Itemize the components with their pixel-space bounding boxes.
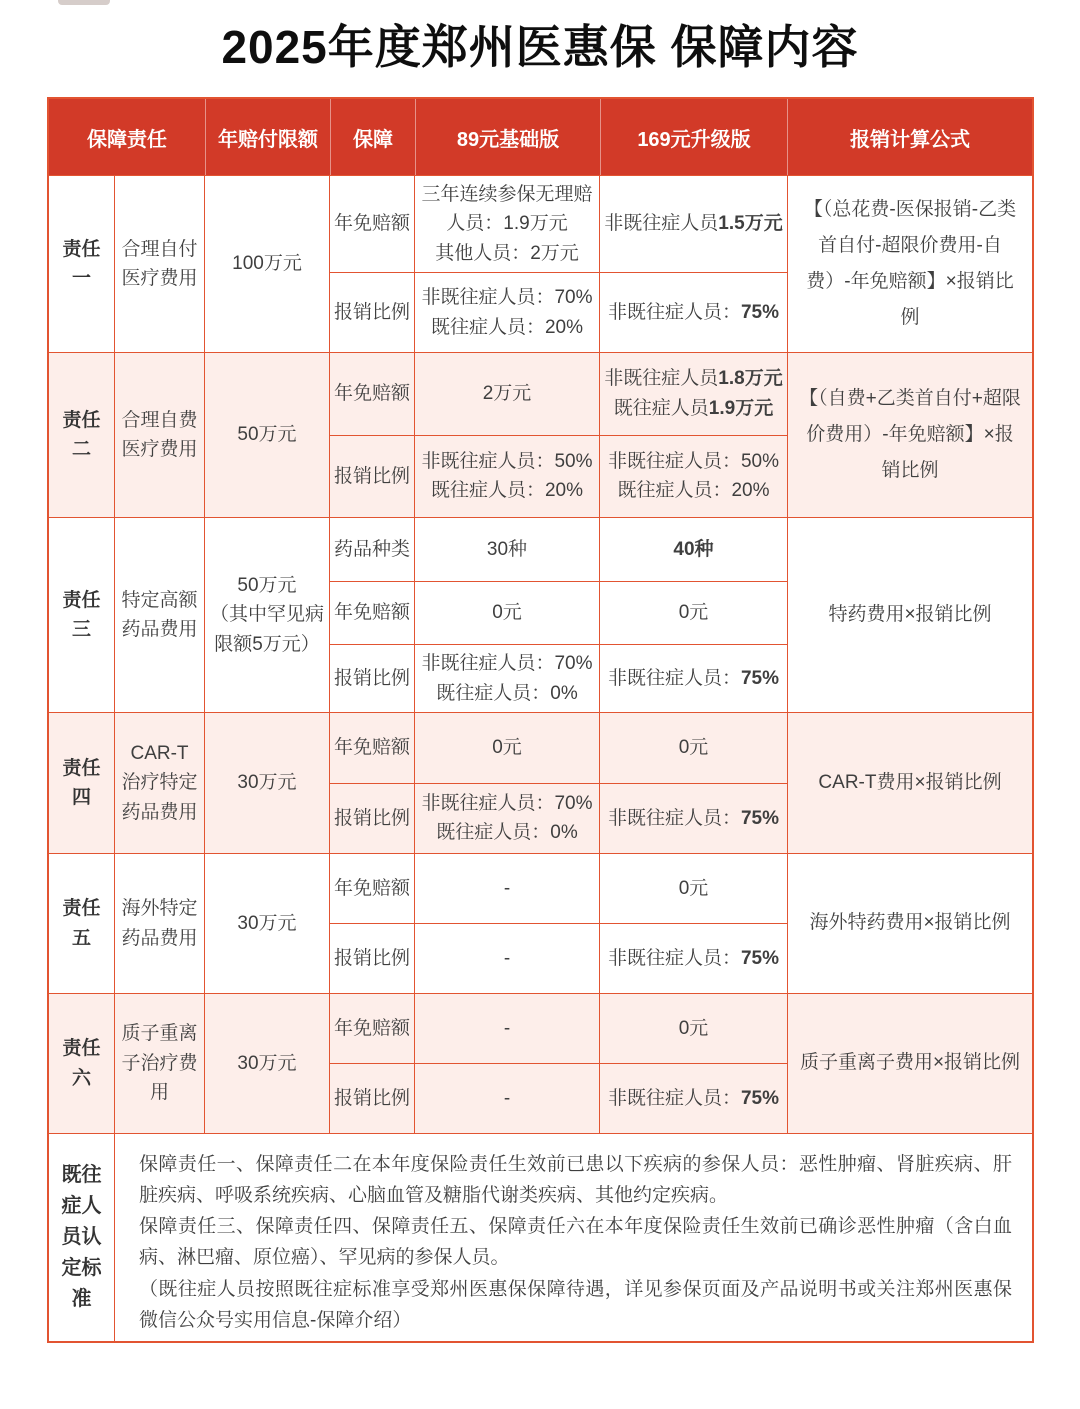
formula-cell: 海外特药费用×报销比例 xyxy=(788,854,1032,993)
responsibility-name-cell: 合理自付医疗费用 xyxy=(115,176,205,352)
coverage-subrow: 年免赔额-0元 xyxy=(330,854,788,923)
note-header-cell: 既往症人员认定标准 xyxy=(49,1134,115,1341)
responsibility-band: 责任四CAR-T治疗特定药品费用30万元年免赔额0元0元报销比例非既往症人员：7… xyxy=(49,712,1032,853)
column-header-annual-limit: 年赔付限额 xyxy=(206,99,331,175)
coverage-subrows: 年免赔额-0元报销比例-非既往症人员：75% xyxy=(330,854,788,993)
note-paragraph: （既往症人员按照既往症标准享受郑州医惠保保障待遇，详见参保页面及产品说明书或关注… xyxy=(139,1274,1012,1336)
coverage-type-cell: 报销比例 xyxy=(330,436,415,518)
coverage-subrow: 年免赔额0元0元 xyxy=(330,713,788,783)
upgraded-plan-cell: 非既往症人员：75% xyxy=(600,645,788,712)
coverage-subrow: 报销比例非既往症人员：70%既往症人员：0%非既往症人员：75% xyxy=(330,644,788,712)
coverage-subrow: 报销比例非既往症人员：50%既往症人员：20%非既往症人员：50%既往症人员：2… xyxy=(330,435,788,518)
coverage-subrows: 年免赔额三年连续参保无理赔人员：1.9万元其他人员：2万元非既往症人员1.5万元… xyxy=(330,176,788,352)
upgraded-plan-cell: 非既往症人员：75% xyxy=(600,784,788,854)
upgraded-plan-cell: 0元 xyxy=(600,994,788,1063)
table-header-row: 保障责任 年赔付限额 保障 89元基础版 169元升级版 报销计算公式 xyxy=(49,99,1032,175)
responsibility-id-cell: 责任二 xyxy=(49,353,115,517)
benefits-table: 保障责任 年赔付限额 保障 89元基础版 169元升级版 报销计算公式 责任一合… xyxy=(47,97,1034,1343)
page-title: 2025年度郑州医惠保 保障内容 xyxy=(0,20,1080,75)
coverage-subrow: 报销比例非既往症人员：70%既往症人员：0%非既往症人员：75% xyxy=(330,783,788,854)
basic-plan-cell: 0元 xyxy=(415,582,600,645)
upgraded-plan-cell: 非既往症人员1.5万元 xyxy=(600,176,788,272)
formula-cell: 【（自费+乙类首自付+超限价费用）-年免赔额】×报销比例 xyxy=(788,353,1032,517)
table-body: 责任一合理自付医疗费用100万元年免赔额三年连续参保无理赔人员：1.9万元其他人… xyxy=(49,175,1032,1133)
basic-plan-cell: 非既往症人员：70%既往症人员：20% xyxy=(415,273,600,352)
formula-cell: 特药费用×报销比例 xyxy=(788,518,1032,712)
annual-limit-cell: 30万元 xyxy=(205,713,330,853)
coverage-type-cell: 药品种类 xyxy=(330,518,415,581)
column-header-formula: 报销计算公式 xyxy=(788,99,1032,175)
basic-plan-cell: 非既往症人员：70%既往症人员：0% xyxy=(415,645,600,712)
basic-plan-cell: - xyxy=(415,854,600,923)
responsibility-name-cell: 质子重离子治疗费用 xyxy=(115,994,205,1133)
formula-cell: CAR-T费用×报销比例 xyxy=(788,713,1032,853)
upgraded-plan-cell: 非既往症人员：50%既往症人员：20% xyxy=(600,436,788,518)
upgraded-plan-cell: 非既往症人员：75% xyxy=(600,273,788,352)
annual-limit-cell: 100万元 xyxy=(205,176,330,352)
annual-limit-cell: 30万元 xyxy=(205,854,330,993)
coverage-type-cell: 年免赔额 xyxy=(330,176,415,272)
responsibility-name-cell: CAR-T治疗特定药品费用 xyxy=(115,713,205,853)
basic-plan-cell: 三年连续参保无理赔人员：1.9万元其他人员：2万元 xyxy=(415,176,600,272)
basic-plan-cell: 非既往症人员：70%既往症人员：0% xyxy=(415,784,600,854)
coverage-subrow: 报销比例非既往症人员：70%既往症人员：20%非既往症人员：75% xyxy=(330,272,788,352)
responsibility-id-cell: 责任三 xyxy=(49,518,115,712)
coverage-subrow: 年免赔额-0元 xyxy=(330,994,788,1063)
responsibility-name-cell: 特定高额药品费用 xyxy=(115,518,205,712)
upgraded-plan-cell: 非既往症人员：75% xyxy=(600,1064,788,1133)
coverage-subrows: 年免赔额-0元报销比例-非既往症人员：75% xyxy=(330,994,788,1133)
responsibility-band: 责任五海外特定药品费用30万元年免赔额-0元报销比例-非既往症人员：75%海外特… xyxy=(49,853,1032,993)
coverage-subrows: 年免赔额0元0元报销比例非既往症人员：70%既往症人员：0%非既往症人员：75% xyxy=(330,713,788,853)
coverage-type-cell: 报销比例 xyxy=(330,924,415,993)
basic-plan-cell: 非既往症人员：50%既往症人员：20% xyxy=(415,436,600,518)
column-header-responsibility: 保障责任 xyxy=(49,99,206,175)
upgraded-plan-cell: 0元 xyxy=(600,713,788,783)
coverage-type-cell: 报销比例 xyxy=(330,273,415,352)
column-header-coverage: 保障 xyxy=(331,99,416,175)
column-header-upgraded-plan: 169元升级版 xyxy=(601,99,788,175)
coverage-type-cell: 报销比例 xyxy=(330,645,415,712)
coverage-type-cell: 年免赔额 xyxy=(330,994,415,1063)
basic-plan-cell: 0元 xyxy=(415,713,600,783)
upgraded-plan-cell: 0元 xyxy=(600,582,788,645)
upgraded-plan-cell: 40种 xyxy=(600,518,788,581)
page-corner-artifact xyxy=(58,0,110,5)
column-header-basic-plan: 89元基础版 xyxy=(416,99,601,175)
coverage-subrows: 药品种类30种40种年免赔额0元0元报销比例非既往症人员：70%既往症人员：0%… xyxy=(330,518,788,712)
coverage-subrows: 年免赔额2万元非既往症人员1.8万元既往症人员1.9万元报销比例非既往症人员：5… xyxy=(330,353,788,517)
responsibility-band: 责任三特定高额药品费用50万元（其中罕见病限额5万元）药品种类30种40种年免赔… xyxy=(49,517,1032,712)
basic-plan-cell: 30种 xyxy=(415,518,600,581)
formula-cell: 质子重离子费用×报销比例 xyxy=(788,994,1032,1133)
coverage-type-cell: 年免赔额 xyxy=(330,713,415,783)
coverage-type-cell: 报销比例 xyxy=(330,1064,415,1133)
responsibility-band: 责任一合理自付医疗费用100万元年免赔额三年连续参保无理赔人员：1.9万元其他人… xyxy=(49,175,1032,352)
upgraded-plan-cell: 非既往症人员：75% xyxy=(600,924,788,993)
coverage-subrow: 年免赔额0元0元 xyxy=(330,581,788,645)
basic-plan-cell: 2万元 xyxy=(415,353,600,435)
coverage-subrow: 报销比例-非既往症人员：75% xyxy=(330,1063,788,1133)
coverage-subrow: 年免赔额三年连续参保无理赔人员：1.9万元其他人员：2万元非既往症人员1.5万元 xyxy=(330,176,788,272)
coverage-type-cell: 报销比例 xyxy=(330,784,415,854)
note-paragraph: 保障责任三、保障责任四、保障责任五、保障责任六在本年度保险责任生效前已确诊恶性肿… xyxy=(139,1211,1012,1273)
coverage-subrow: 报销比例-非既往症人员：75% xyxy=(330,923,788,993)
responsibility-band: 责任二合理自费医疗费用50万元年免赔额2万元非既往症人员1.8万元既往症人员1.… xyxy=(49,352,1032,517)
upgraded-plan-cell: 非既往症人员1.8万元既往症人员1.9万元 xyxy=(600,353,788,435)
coverage-type-cell: 年免赔额 xyxy=(330,854,415,923)
note-row: 既往症人员认定标准 保障责任一、保障责任二在本年度保险责任生效前已患以下疾病的参… xyxy=(49,1133,1032,1341)
responsibility-id-cell: 责任六 xyxy=(49,994,115,1133)
responsibility-name-cell: 合理自费医疗费用 xyxy=(115,353,205,517)
annual-limit-cell: 30万元 xyxy=(205,994,330,1133)
annual-limit-cell: 50万元 xyxy=(205,353,330,517)
basic-plan-cell: - xyxy=(415,924,600,993)
coverage-type-cell: 年免赔额 xyxy=(330,353,415,435)
note-paragraph: 保障责任一、保障责任二在本年度保险责任生效前已患以下疾病的参保人员：恶性肿瘤、肾… xyxy=(139,1149,1012,1211)
coverage-subrow: 年免赔额2万元非既往症人员1.8万元既往症人员1.9万元 xyxy=(330,353,788,435)
responsibility-id-cell: 责任五 xyxy=(49,854,115,993)
responsibility-id-cell: 责任四 xyxy=(49,713,115,853)
annual-limit-cell: 50万元（其中罕见病限额5万元） xyxy=(205,518,330,712)
responsibility-name-cell: 海外特定药品费用 xyxy=(115,854,205,993)
upgraded-plan-cell: 0元 xyxy=(600,854,788,923)
formula-cell: 【（总花费-医保报销-乙类首自付-超限价费用-自费）-年免赔额】×报销比例 xyxy=(788,176,1032,352)
responsibility-band: 责任六质子重离子治疗费用30万元年免赔额-0元报销比例-非既往症人员：75%质子… xyxy=(49,993,1032,1133)
basic-plan-cell: - xyxy=(415,1064,600,1133)
basic-plan-cell: - xyxy=(415,994,600,1063)
responsibility-id-cell: 责任一 xyxy=(49,176,115,352)
note-body-cell: 保障责任一、保障责任二在本年度保险责任生效前已患以下疾病的参保人员：恶性肿瘤、肾… xyxy=(115,1134,1032,1341)
coverage-type-cell: 年免赔额 xyxy=(330,582,415,645)
coverage-subrow: 药品种类30种40种 xyxy=(330,518,788,581)
